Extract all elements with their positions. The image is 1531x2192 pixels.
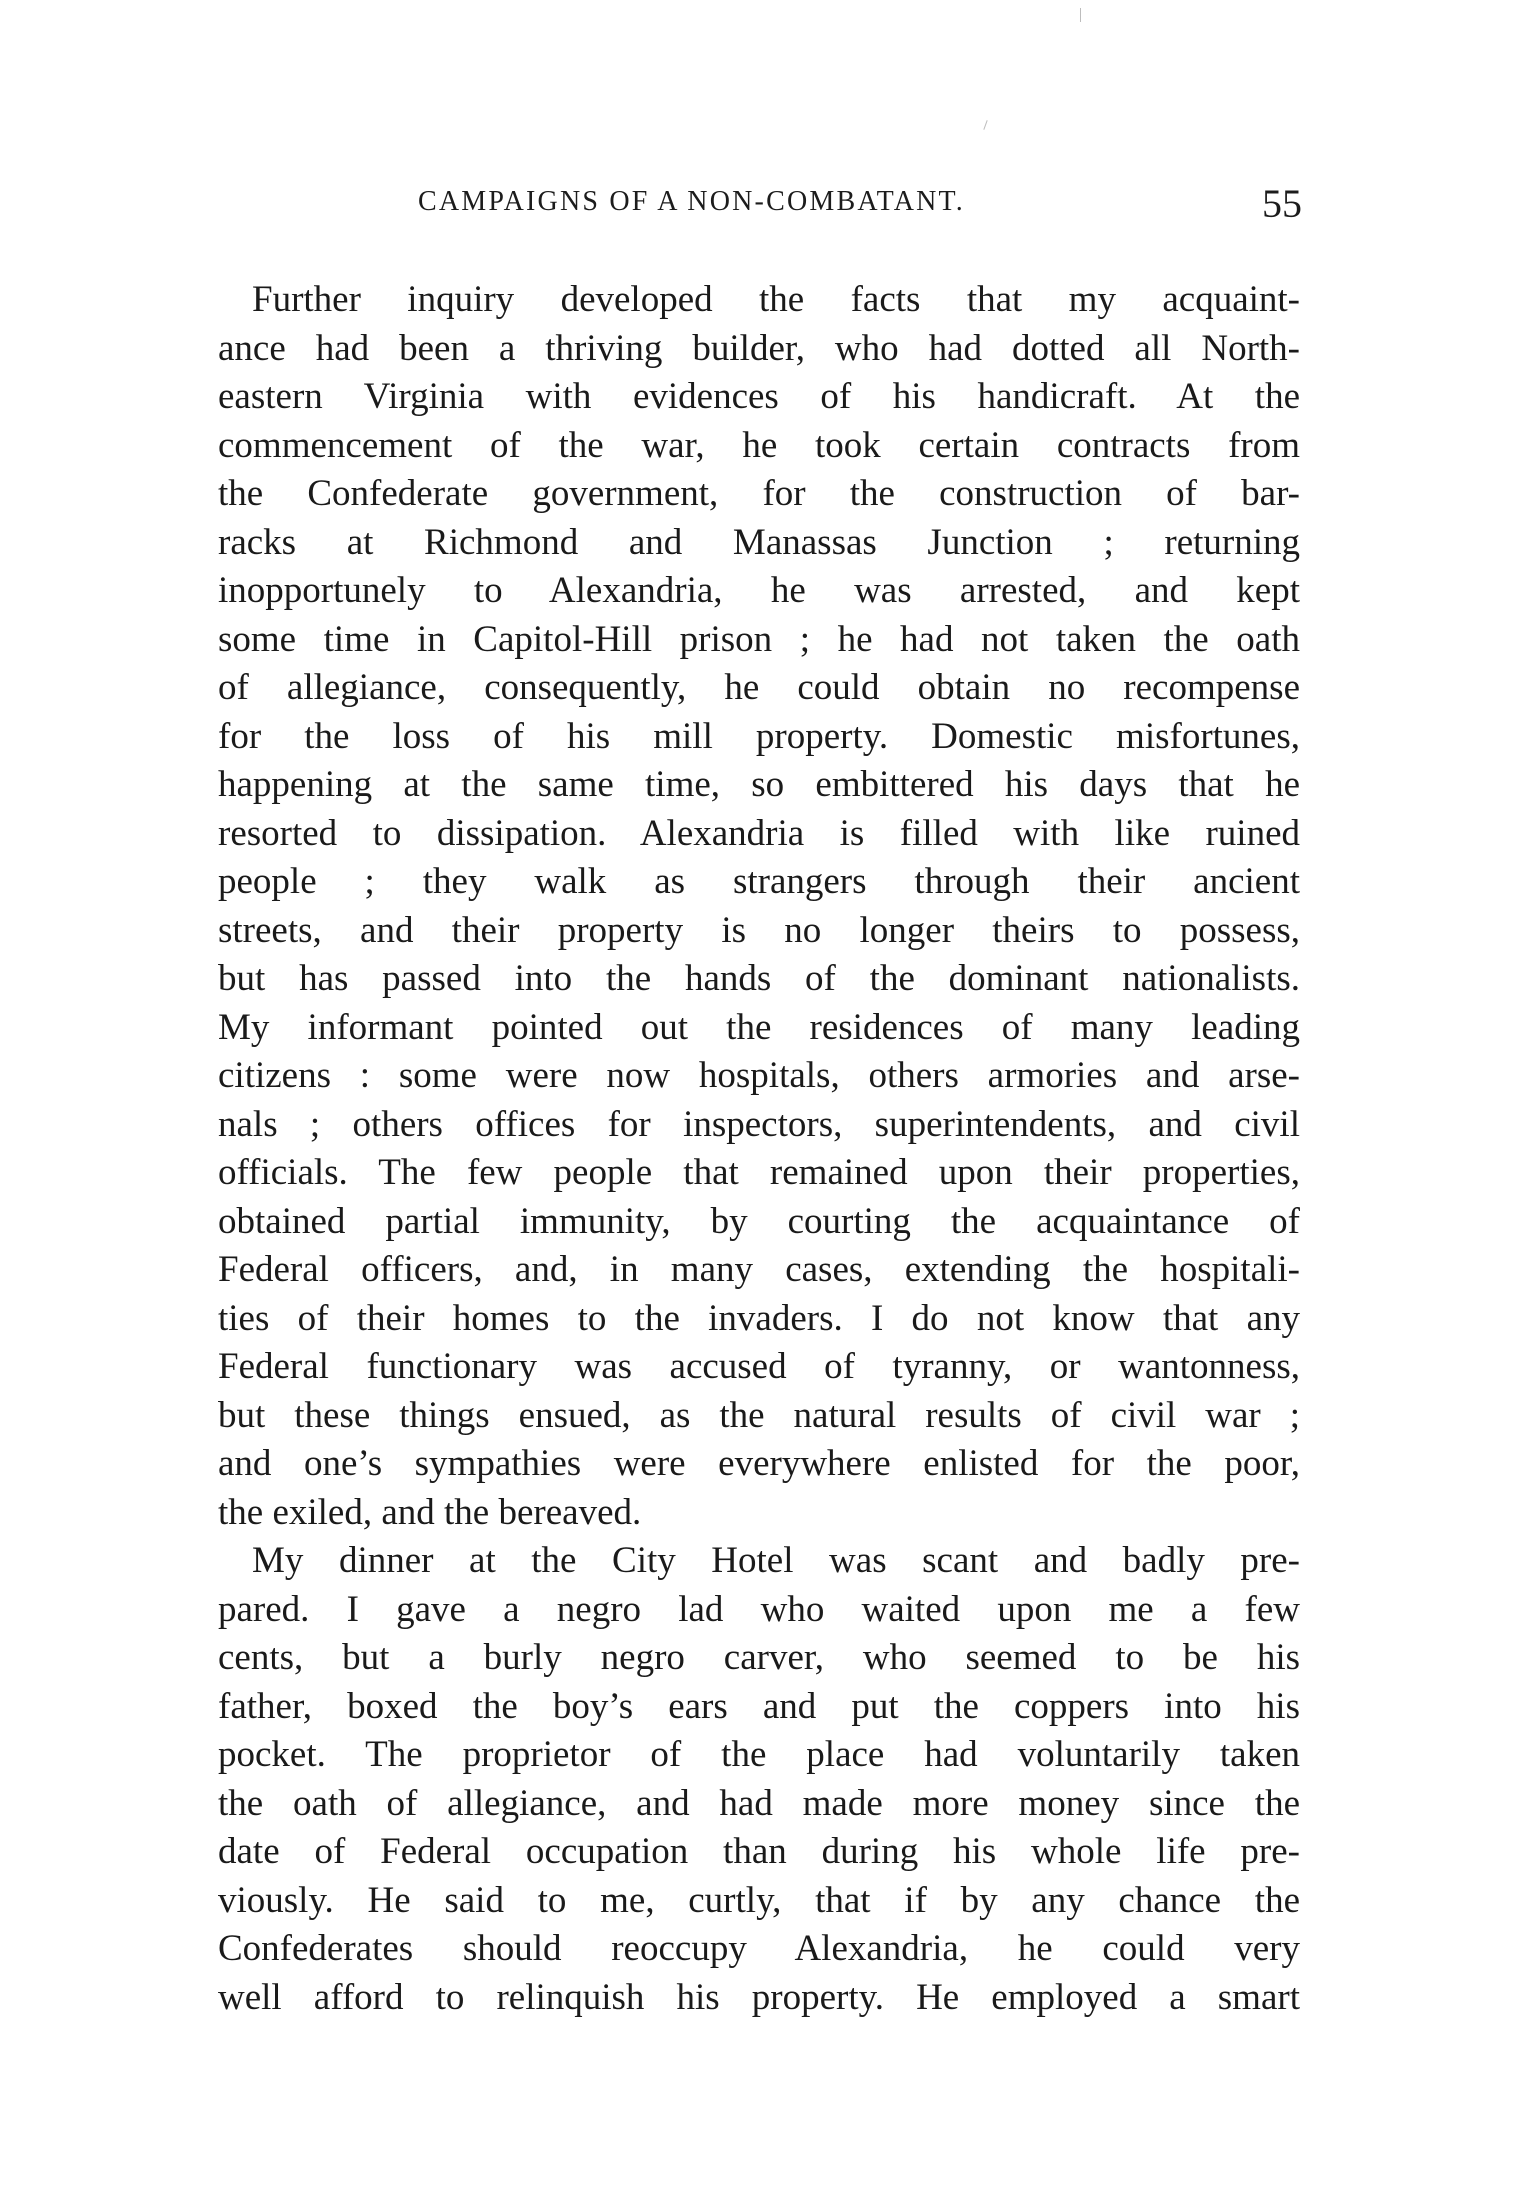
text-line: the exiled, and the bereaved. — [218, 1489, 1300, 1538]
paragraph-2: My dinner at the City Hotel was scant an… — [218, 1537, 1300, 2022]
text-line: viously. He said to me, curtly, that if … — [218, 1877, 1300, 1926]
text-line: ance had been a thriving builder, who ha… — [218, 325, 1300, 374]
text-line: but has passed into the hands of the dom… — [218, 955, 1300, 1004]
text-line: and one’s sympathies were everywhere enl… — [218, 1440, 1300, 1489]
text-line: nals ; others offices for inspectors, su… — [218, 1101, 1300, 1150]
text-line: for the loss of his mill property. Domes… — [218, 713, 1300, 762]
text-line: resorted to dissipation. Alexandria is f… — [218, 810, 1300, 859]
text-line: streets, and their property is no longer… — [218, 907, 1300, 956]
text-line: ties of their homes to the invaders. I d… — [218, 1295, 1300, 1344]
text-line: Further inquiry developed the facts that… — [218, 276, 1300, 325]
text-line: but these things ensued, as the natural … — [218, 1392, 1300, 1441]
text-line: Federal officers, and, in many cases, ex… — [218, 1246, 1300, 1295]
running-title: CAMPAIGNS OF A NON-COMBATANT. — [418, 186, 965, 218]
text-line: date of Federal occupation than during h… — [218, 1828, 1300, 1877]
text-line: obtained partial immunity, by courting t… — [218, 1198, 1300, 1247]
text-line: commencement of the war, he took certain… — [218, 422, 1300, 471]
text-line: racks at Richmond and Manassas Junction … — [218, 519, 1300, 568]
text-line: pared. I gave a negro lad who waited upo… — [218, 1586, 1300, 1635]
paragraph-1: Further inquiry developed the facts that… — [218, 276, 1300, 1537]
text-line: people ; they walk as strangers through … — [218, 858, 1300, 907]
text-line: My informant pointed out the residences … — [218, 1004, 1300, 1053]
text-line: some time in Capitol-Hill prison ; he ha… — [218, 616, 1300, 665]
text-line: Federal functionary was accused of tyran… — [218, 1343, 1300, 1392]
text-line: happening at the same time, so embittere… — [218, 761, 1300, 810]
text-line: the oath of allegiance, and had made mor… — [218, 1780, 1300, 1829]
text-line: pocket. The proprietor of the place had … — [218, 1731, 1300, 1780]
scan-mark — [1080, 8, 1081, 22]
text-line: cents, but a burly negro carver, who see… — [218, 1634, 1300, 1683]
text-line: well afford to relinquish his property. … — [218, 1974, 1300, 2023]
text-line: father, boxed the boy’s ears and put the… — [218, 1683, 1300, 1732]
text-line: of allegiance, consequently, he could ob… — [218, 664, 1300, 713]
scan-mark — [983, 120, 987, 130]
text-line: officials. The few people that remained … — [218, 1149, 1300, 1198]
running-header: CAMPAIGNS OF A NON-COMBATANT. 55 — [222, 180, 1302, 224]
text-line: the Confederate government, for the cons… — [218, 470, 1300, 519]
text-line: My dinner at the City Hotel was scant an… — [218, 1537, 1300, 1586]
body-text: Further inquiry developed the facts that… — [218, 276, 1300, 2022]
text-line: inopportunely to Alexandria, he was arre… — [218, 567, 1300, 616]
page-number: 55 — [1262, 180, 1302, 227]
text-line: citizens : some were now hospitals, othe… — [218, 1052, 1300, 1101]
book-page: CAMPAIGNS OF A NON-COMBATANT. 55 Further… — [0, 0, 1531, 2192]
text-line: Confederates should reoccupy Alexandria,… — [218, 1925, 1300, 1974]
text-line: eastern Virginia with evidences of his h… — [218, 373, 1300, 422]
